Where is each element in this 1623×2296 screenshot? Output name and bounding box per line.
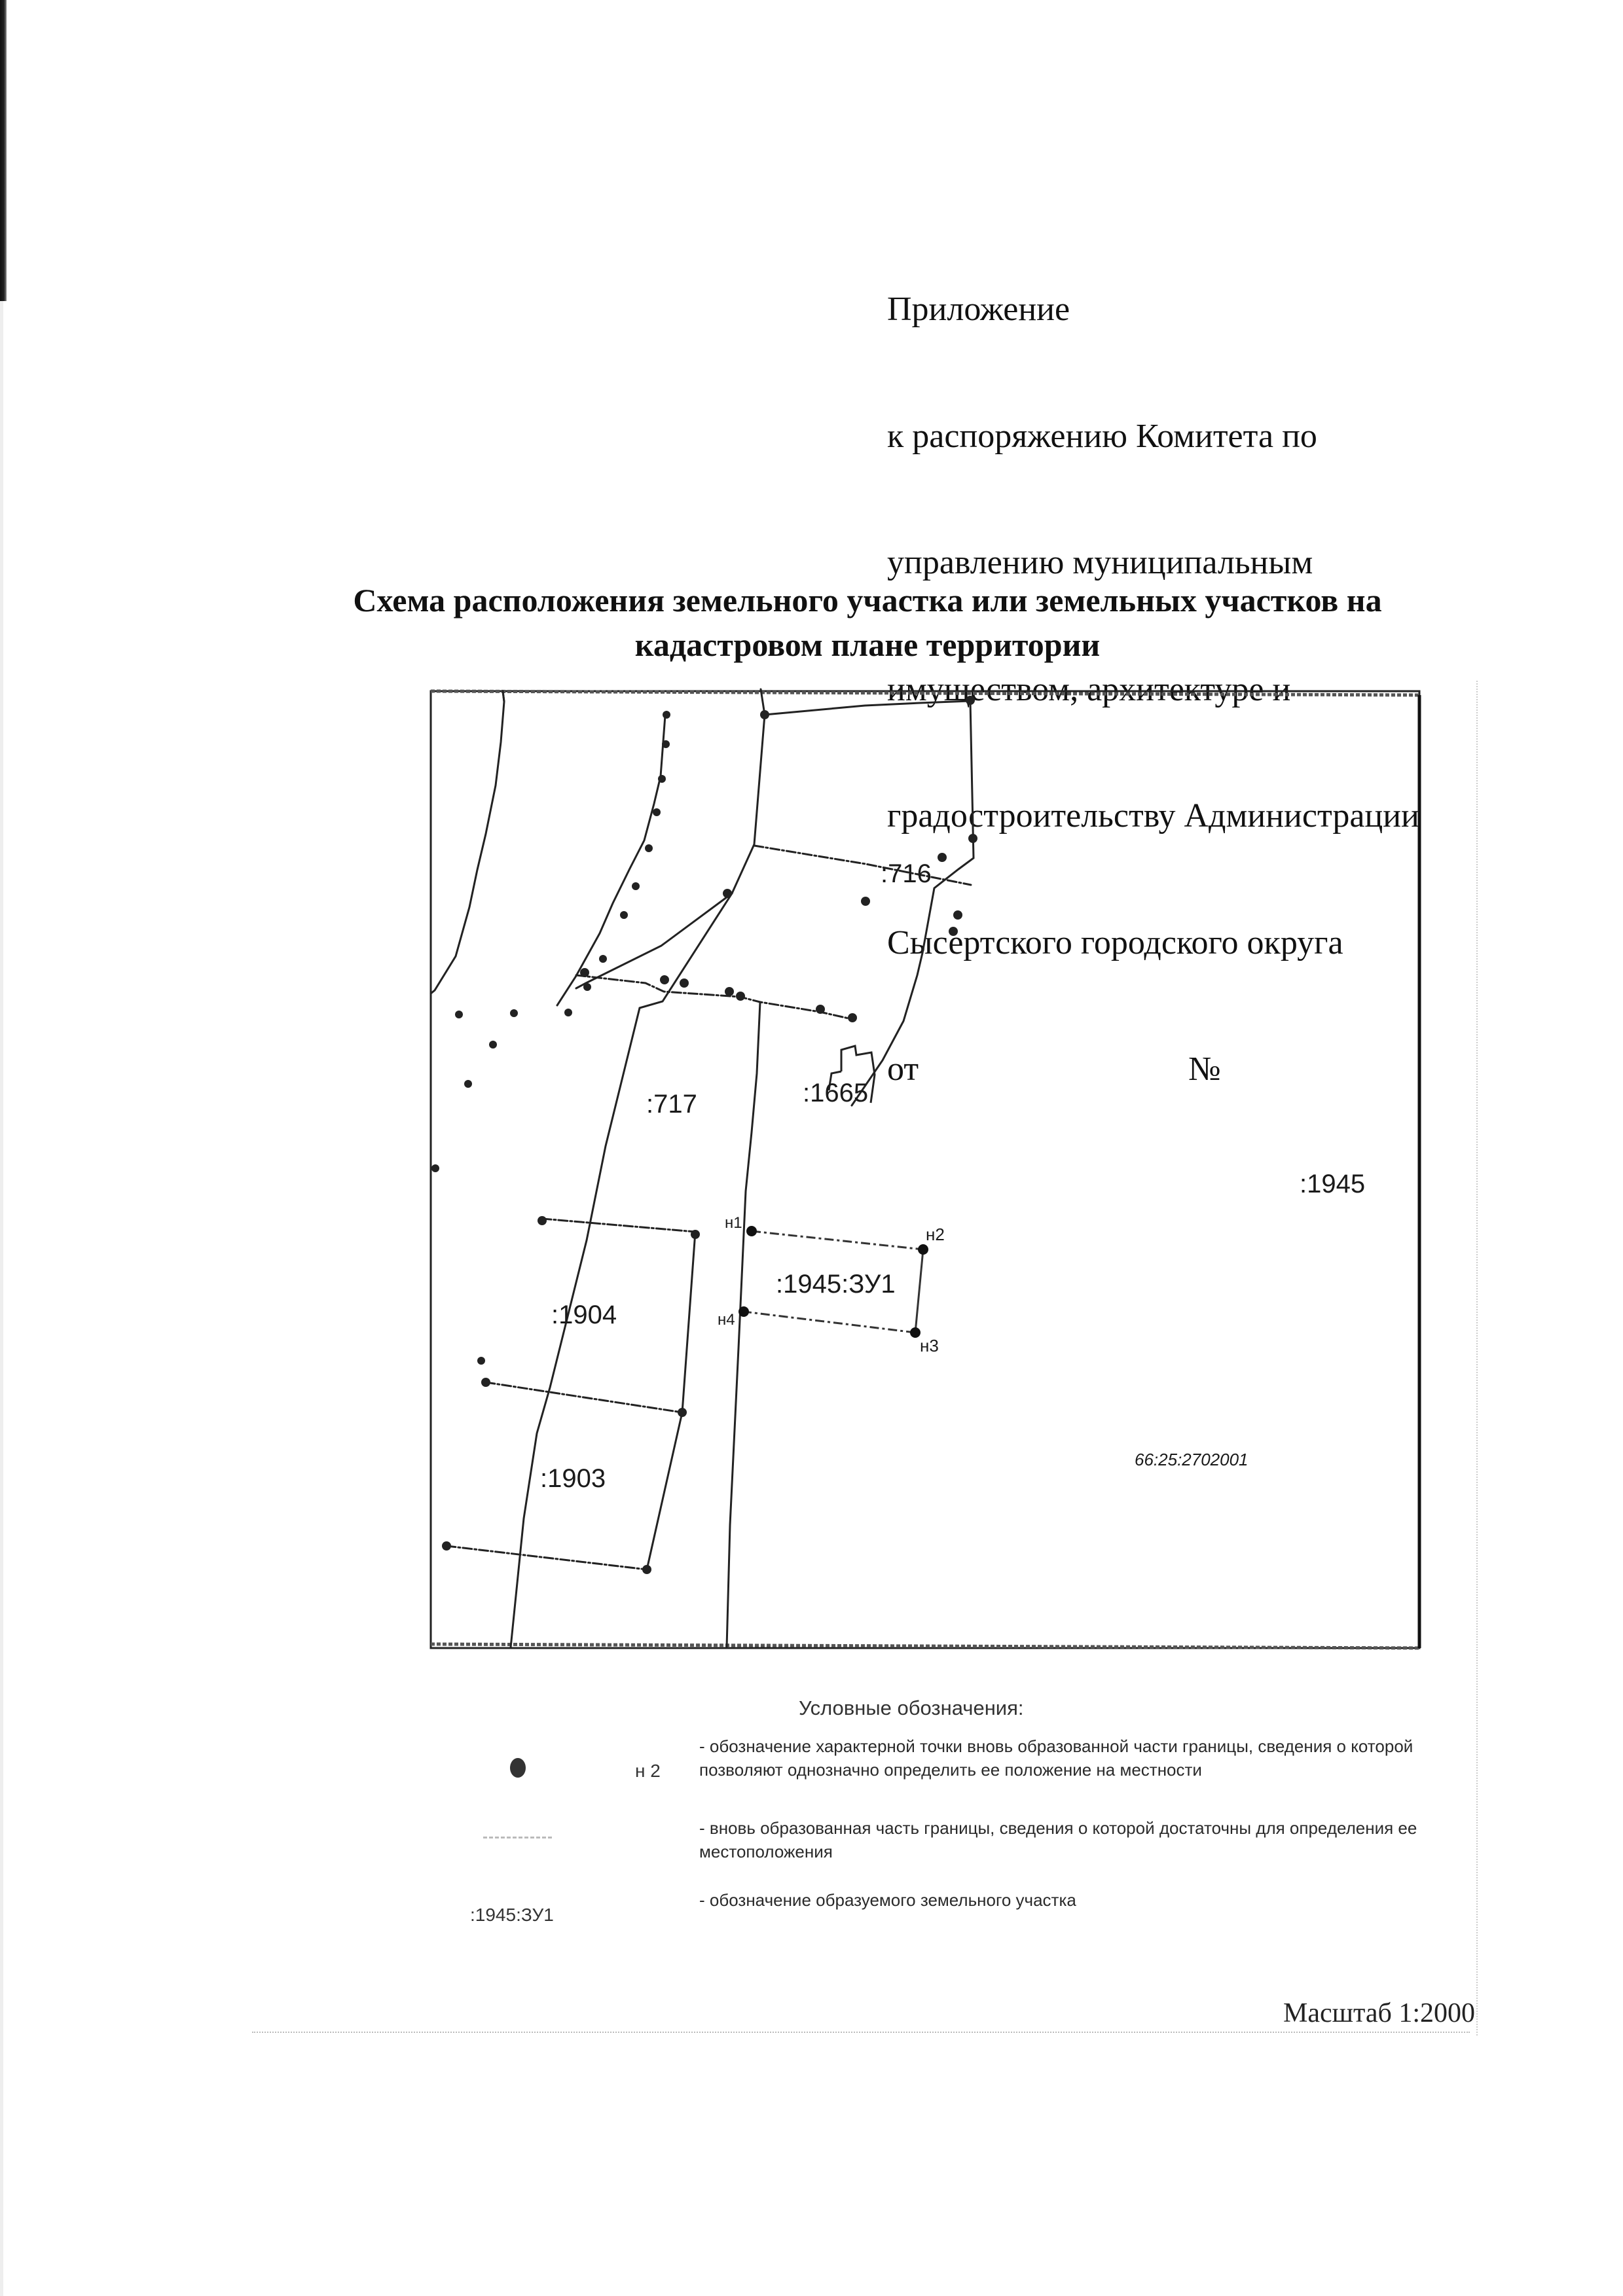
title-line-1: Схема расположения земельного участка ил… [262,578,1473,622]
point-n3 [910,1327,921,1338]
bottom-rule [252,2032,1470,2033]
map-scale: Масштаб 1:2000 [1283,1998,1475,2029]
parcel-label-1945-zu1: :1945:ЗУ1 [776,1270,896,1299]
legend-item-point-description: - обозначение характерной точки вновь об… [699,1734,1426,1782]
date-label: от [887,1049,1188,1091]
new-parcel-boundary [744,1231,923,1333]
parcel-1945-west-boundary [727,1002,760,1647]
title-line-2: кадастровом плане территории [262,622,1473,667]
point-label-n3: н3 [920,1336,939,1355]
characteristic-point-icon [510,1758,526,1778]
legend-parcel-code: :1945:ЗУ1 [470,1905,554,1926]
dashed-boundary-icon [483,1837,552,1839]
appendix-line: Приложение [887,289,1419,331]
parcel-1903-east-boundary [647,1412,682,1570]
map-frame-bottom [431,1644,1419,1648]
scan-edge-shadow [0,0,7,301]
road-right-edge [732,689,765,893]
point-label-n4: н4 [718,1311,735,1329]
appendix-line: Сысертского городского округа [887,922,1419,965]
parcel-1904-north-boundary [542,1219,695,1232]
point-label-n2: н2 [926,1225,945,1244]
right-rule [1476,681,1478,2036]
road-left-edge [431,691,504,994]
parcel-label-1945: :1945 [1300,1170,1365,1198]
parcel-label-717: :717 [646,1090,697,1119]
number-label: № [1188,1049,1221,1091]
point-n2 [918,1244,928,1255]
point-n4 [739,1306,749,1317]
appendix-line: к распоряжению Комитета по [887,416,1419,458]
parcel-717-west-boundary [576,893,732,988]
road-west-edge [557,713,666,1005]
scan-edge [0,301,3,2296]
legend-point-label: н 2 [635,1761,661,1782]
parcel-717-south-boundary [576,975,852,1019]
appendix-line: имуществом, архитектуре и [887,669,1419,711]
quarter-number: 66:25:2702001 [1135,1450,1249,1469]
parcel-1904-east-boundary [682,1232,695,1412]
document-title: Схема расположения земельного участка ил… [262,578,1473,667]
appendix-date-line: от№ [887,1049,1419,1091]
legend-item-line-description: - вновь образованная часть границы, свед… [699,1816,1426,1863]
legend-title: Условные обозначения: [799,1696,1024,1720]
building-outline [829,1046,875,1103]
point-label-n1: н1 [725,1214,742,1232]
legend-item-parcel-description: - обозначение образуемого земельного уча… [699,1888,1426,1912]
parcel-1903-south-boundary [447,1546,647,1570]
parcel-label-1665: :1665 [803,1079,868,1107]
parcel-1903-north-boundary [486,1382,682,1412]
new-boundary-points [739,1226,928,1338]
parcel-label-1903: :1903 [540,1464,606,1493]
appendix-line: градостроительству Администрации [887,795,1419,838]
parcels-1904-1903-west [511,893,732,1647]
appendix-header: Приложение к распоряжению Комитета по уп… [887,204,1419,1133]
point-n1 [746,1226,757,1236]
parcel-label-1904: :1904 [551,1300,617,1329]
